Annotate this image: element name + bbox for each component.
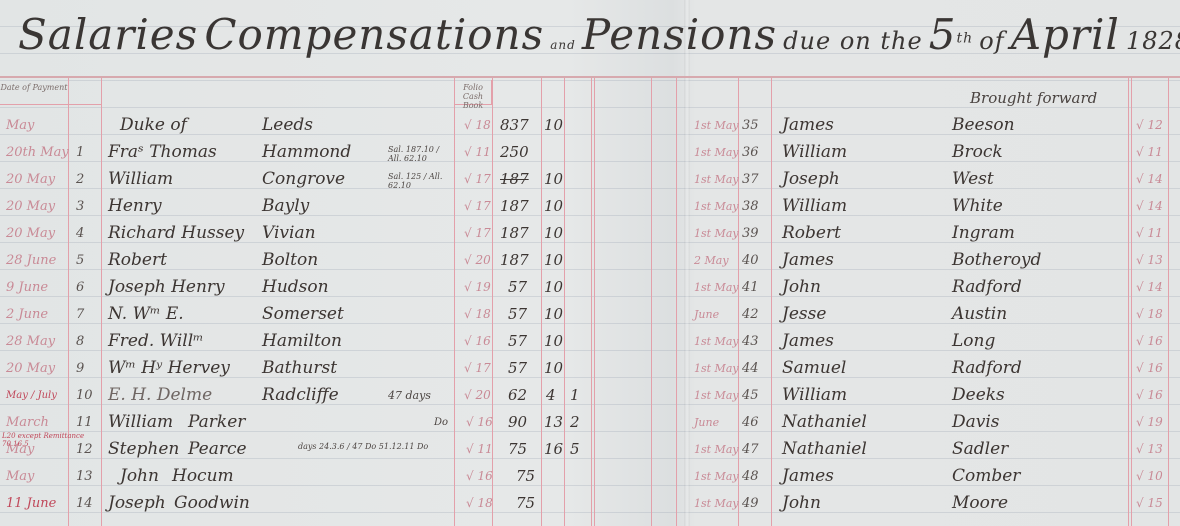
- folio-number: √ 14: [1136, 193, 1163, 220]
- first-name: William: [108, 166, 173, 193]
- entry-row: 20 May 2 William Congrove Sal. 125 / All…: [0, 166, 680, 193]
- amount-pounds: 75: [516, 490, 535, 517]
- entry-row: 28 May 8 Fred. Willᵐ Hamilton √ 16 57 10: [0, 328, 680, 355]
- payment-date: 28 May: [6, 328, 55, 355]
- entry-row: 1st May 45 William Deeks √ 16: [690, 382, 1180, 409]
- entry-row: 9 June 6 Joseph Henry Hudson √ 19 57 10: [0, 274, 680, 301]
- folio-number: √ 11: [1136, 139, 1163, 166]
- folio-number: √ 16: [1136, 382, 1163, 409]
- entry-row: May / July 10 E. H. Delme Radcliffe 47 d…: [0, 382, 680, 409]
- folio-number: √ 16: [464, 328, 491, 355]
- title-day-suffix: th: [957, 31, 974, 47]
- amount-pounds: 57: [508, 274, 527, 301]
- folio-number: √ 14: [1136, 274, 1163, 301]
- surname: Bolton: [262, 247, 318, 274]
- title-and: and: [550, 38, 576, 52]
- title-day: 5: [929, 10, 957, 59]
- payment-date: 9 June: [6, 274, 48, 301]
- folio-number: √ 16: [1136, 355, 1163, 382]
- entry-number: 8: [76, 328, 84, 355]
- payment-date: May: [6, 112, 34, 139]
- first-name: Robert: [108, 247, 167, 274]
- payment-date: May: [6, 463, 34, 490]
- first-name: Joseph: [108, 490, 166, 517]
- surname: Radford: [952, 355, 1022, 382]
- entry-number: 5: [76, 247, 84, 274]
- payment-date: 20th May: [6, 139, 69, 166]
- surname: Brock: [952, 139, 1003, 166]
- amount-shillings: 10: [544, 274, 563, 301]
- folio-number: √ 16: [466, 463, 493, 490]
- folio-number: √ 20: [464, 382, 491, 409]
- entry-number: 48: [742, 463, 759, 490]
- amount-shillings: 10: [544, 247, 563, 274]
- amount-pounds: 187: [500, 193, 529, 220]
- days-note: days 24.3.6 / 47 Do 51.12.11 Do: [298, 442, 458, 451]
- entry-row: 1st May 49 John Moore √ 15: [690, 490, 1180, 517]
- amount-pounds: 90: [508, 409, 527, 436]
- first-name: N. Wᵐ E.: [108, 301, 184, 328]
- payment-date: 20 May: [6, 220, 55, 247]
- entry-row: March 11 William Parker Do √ 16 90 13 2: [0, 409, 680, 436]
- surname: Radford: [952, 274, 1022, 301]
- amount-pounds: 62: [508, 382, 527, 409]
- first-name: Stephen: [108, 436, 179, 463]
- amount-pounds: 837: [500, 112, 529, 139]
- folio-number: √ 18: [466, 490, 493, 517]
- first-name: Nathaniel: [782, 436, 867, 463]
- first-name: John: [120, 463, 159, 490]
- surname: Hammond: [262, 139, 351, 166]
- folio-number: √ 12: [1136, 112, 1163, 139]
- folio-number: √ 13: [1136, 436, 1163, 463]
- payment-date: 1st May: [694, 139, 739, 166]
- entry-number: 47: [742, 436, 759, 463]
- surname: White: [952, 193, 1003, 220]
- first-name: William: [782, 193, 847, 220]
- entry-row: 1st May 41 John Radford √ 14: [690, 274, 1180, 301]
- payment-date: 1st May: [694, 112, 739, 139]
- brought-forward-label: Brought forward: [970, 85, 1097, 112]
- surname: West: [952, 166, 994, 193]
- entry-row: May 12 Stephen Pearce days 24.3.6 / 47 D…: [0, 436, 680, 463]
- entry-row: 1st May 37 Joseph West √ 14: [690, 166, 1180, 193]
- surname: Beeson: [952, 112, 1015, 139]
- folio-number: √ 11: [464, 139, 491, 166]
- folio-number: √ 15: [1136, 490, 1163, 517]
- entry-row: 1st May 36 William Brock √ 11: [690, 139, 1180, 166]
- entry-number: 6: [76, 274, 84, 301]
- payment-date: 28 June: [6, 247, 56, 274]
- entry-row: 11 June 14 Joseph Goodwin √ 18 75: [0, 490, 680, 517]
- entry-number: 49: [742, 490, 759, 517]
- title-salaries: Salaries: [18, 10, 198, 59]
- amount-pounds: 75: [516, 463, 535, 490]
- first-name: Fraˢ Thomas: [108, 139, 217, 166]
- entry-number: 13: [76, 463, 93, 490]
- first-name: William: [782, 139, 847, 166]
- entry-row: May 13 John Hocum √ 16 75: [0, 463, 680, 490]
- first-name: Richard Hussey: [108, 220, 244, 247]
- amount-shillings: 10: [544, 112, 563, 139]
- amount-pounds: 57: [508, 301, 527, 328]
- folio-number: √ 14: [1136, 166, 1163, 193]
- surname: Sadler: [952, 436, 1008, 463]
- first-name: John: [782, 490, 821, 517]
- entry-row: 20th May 1 Fraˢ Thomas Hammond Sal. 187.…: [0, 139, 680, 166]
- entry-number: 36: [742, 139, 759, 166]
- first-name: Duke of: [120, 112, 187, 139]
- entry-number: 10: [76, 382, 93, 409]
- folio-number: √ 19: [1136, 409, 1163, 436]
- entry-number: 35: [742, 112, 759, 139]
- first-name: Nathaniel: [782, 409, 867, 436]
- entry-row: 1st May 43 James Long √ 16: [690, 328, 1180, 355]
- payment-date: 1st May: [694, 355, 739, 382]
- entry-number: 46: [742, 409, 759, 436]
- surname: Hocum: [172, 463, 234, 490]
- entry-row: June 46 Nathaniel Davis √ 19: [690, 409, 1180, 436]
- payment-date: June: [694, 301, 719, 328]
- entry-number: 37: [742, 166, 759, 193]
- surname: Deeks: [952, 382, 1005, 409]
- folio-number: √ 16: [1136, 328, 1163, 355]
- entry-row: 1st May 47 Nathaniel Sadler √ 13: [690, 436, 1180, 463]
- amount-pounds: 250: [500, 139, 529, 166]
- surname: Somerset: [262, 301, 344, 328]
- surname: Botheroyd: [952, 247, 1041, 274]
- surname: Parker: [188, 409, 245, 436]
- entry-number: 1: [76, 139, 84, 166]
- folio-number: √ 20: [464, 247, 491, 274]
- folio-number: √ 17: [464, 166, 491, 193]
- first-name: James: [782, 328, 834, 355]
- margin-red-note: L20 except Remittance 70.16.5: [2, 432, 102, 448]
- entry-number: 9: [76, 355, 84, 382]
- first-name: E. H. Delme: [108, 382, 212, 409]
- first-name: Joseph Henry: [108, 274, 225, 301]
- payment-date: 2 May: [694, 247, 729, 274]
- amount-shillings: 10: [544, 166, 563, 193]
- entry-number: 4: [76, 220, 84, 247]
- surname: Hudson: [262, 274, 329, 301]
- surname: Moore: [952, 490, 1008, 517]
- payment-date: 1st May: [694, 166, 739, 193]
- payment-date: 1st May: [694, 328, 739, 355]
- surname: Leeds: [262, 112, 313, 139]
- ditto-note: Do: [434, 409, 448, 436]
- salary-allowance-note: Sal. 125 / All. 62.10: [388, 172, 454, 190]
- amount-pounds: 57: [508, 328, 527, 355]
- amount-shillings: 10: [544, 301, 563, 328]
- payment-date: 20 May: [6, 355, 55, 382]
- payment-date: June: [694, 409, 719, 436]
- entry-row: May Duke of Leeds √ 18 837 10: [0, 112, 680, 139]
- first-name: Robert: [782, 220, 841, 247]
- first-name: James: [782, 247, 834, 274]
- brought-forward-row: Brought forward: [970, 85, 1170, 112]
- amount-shillings: 4: [546, 382, 556, 409]
- amount-shillings: 13: [544, 409, 563, 436]
- first-name: William: [782, 382, 847, 409]
- amount-pounds: 187: [500, 247, 529, 274]
- entry-row: 1st May 39 Robert Ingram √ 11: [690, 220, 1180, 247]
- entry-row: 2 May 40 James Botheroyd √ 13: [690, 247, 1180, 274]
- payment-date: 1st May: [694, 193, 739, 220]
- surname: Pearce: [188, 436, 247, 463]
- title-pensions: Pensions: [582, 10, 777, 59]
- days-note: 47 days: [388, 382, 431, 409]
- surname: Radcliffe: [262, 382, 339, 409]
- amount-pence: 5: [570, 436, 580, 463]
- first-name: Joseph: [782, 166, 840, 193]
- folio-number: √ 13: [1136, 247, 1163, 274]
- amount-shillings: 10: [544, 220, 563, 247]
- title-due-on-the: due on the: [783, 27, 923, 55]
- amount-shillings: 16: [544, 436, 563, 463]
- payment-date: 20 May: [6, 193, 55, 220]
- surname: Long: [952, 328, 995, 355]
- amount-pence: 1: [570, 382, 580, 409]
- entry-row: June 42 Jesse Austin √ 18: [690, 301, 1180, 328]
- first-name: Fred. Willᵐ: [108, 328, 204, 355]
- entry-number: 42: [742, 301, 759, 328]
- entry-number: 7: [76, 301, 84, 328]
- entry-row: 1st May 35 James Beeson √ 12: [690, 112, 1180, 139]
- title-compensations: Compensations: [204, 10, 544, 59]
- payment-date: 20 May: [6, 166, 55, 193]
- amount-pounds: 187: [500, 220, 529, 247]
- surname: Bathurst: [262, 355, 337, 382]
- folio-number: √ 10: [1136, 463, 1163, 490]
- payment-date: 1st May: [694, 436, 739, 463]
- entry-number: 43: [742, 328, 759, 355]
- payment-date: 1st May: [694, 463, 739, 490]
- folio-number: √ 18: [464, 301, 491, 328]
- first-name: Wᵐ Hʸ Hervey: [108, 355, 230, 382]
- entry-number: 39: [742, 220, 759, 247]
- entry-row: 1st May 48 James Comber √ 10: [690, 463, 1180, 490]
- folio-number: √ 17: [464, 355, 491, 382]
- folio-number: √ 18: [1136, 301, 1163, 328]
- first-name: James: [782, 112, 834, 139]
- first-name: Samuel: [782, 355, 846, 382]
- title-month: April: [1011, 10, 1120, 59]
- page-title: Salaries Compensations and Pensions due …: [18, 10, 1180, 59]
- entry-number: 38: [742, 193, 759, 220]
- folio-number: √ 17: [464, 220, 491, 247]
- surname: Goodwin: [174, 490, 250, 517]
- title-band: Salaries Compensations and Pensions due …: [0, 0, 1180, 78]
- payment-date: May / July: [6, 382, 57, 409]
- surname: Ingram: [952, 220, 1015, 247]
- entry-number: 3: [76, 193, 84, 220]
- entry-number: 45: [742, 382, 759, 409]
- folio-number: √ 17: [464, 193, 491, 220]
- entry-number: 44: [742, 355, 759, 382]
- surname: Hamilton: [262, 328, 342, 355]
- surname: Bayly: [262, 193, 309, 220]
- folio-number: √ 18: [464, 112, 491, 139]
- entry-row: 2 June 7 N. Wᵐ E. Somerset √ 18 57 10: [0, 301, 680, 328]
- entry-number: 14: [76, 490, 93, 517]
- folio-number: √ 19: [464, 274, 491, 301]
- folio-number: √ 16: [466, 409, 493, 436]
- entry-row: 20 May 9 Wᵐ Hʸ Hervey Bathurst √ 17 57 1…: [0, 355, 680, 382]
- first-name: Jesse: [782, 301, 826, 328]
- amount-shillings: 10: [544, 328, 563, 355]
- payment-date: 1st May: [694, 274, 739, 301]
- ledger-page: Salaries Compensations and Pensions due …: [0, 0, 1180, 526]
- amount-pounds: 187: [500, 166, 529, 193]
- amount-shillings: 10: [544, 355, 563, 382]
- first-name: James: [782, 463, 834, 490]
- payment-date: 1st May: [694, 220, 739, 247]
- surname: Davis: [952, 409, 1000, 436]
- entry-number: 41: [742, 274, 759, 301]
- salary-allowance-note: Sal. 187.10 / All. 62.10: [388, 145, 454, 163]
- entry-row: 20 May 4 Richard Hussey Vivian √ 17 187 …: [0, 220, 680, 247]
- entry-row: 1st May 44 Samuel Radford √ 16: [690, 355, 1180, 382]
- payment-date: 1st May: [694, 382, 739, 409]
- surname: Austin: [952, 301, 1007, 328]
- surname: Vivian: [262, 220, 316, 247]
- folio-number: √ 11: [466, 436, 493, 463]
- folio-cash-book-header: Folio Cash Book: [455, 83, 491, 110]
- entry-row: 1st May 38 William White √ 14: [690, 193, 1180, 220]
- payment-date: 11 June: [6, 490, 56, 517]
- title-year: 1828.: [1126, 27, 1180, 55]
- surname: Congrove: [262, 166, 345, 193]
- entry-number: 40: [742, 247, 759, 274]
- folio-number: √ 11: [1136, 220, 1163, 247]
- date-of-payment-header: Date of Payment: [0, 83, 68, 92]
- entry-row: 20 May 3 Henry Bayly √ 17 187 10: [0, 193, 680, 220]
- amount-pounds: 57: [508, 355, 527, 382]
- first-name: Henry: [108, 193, 162, 220]
- amount-pounds: 75: [508, 436, 527, 463]
- first-name: William: [108, 409, 173, 436]
- payment-date: 2 June: [6, 301, 48, 328]
- entry-row: 28 June 5 Robert Bolton √ 20 187 10: [0, 247, 680, 274]
- amount-pence: 2: [570, 409, 580, 436]
- surname: Comber: [952, 463, 1020, 490]
- amount-shillings: 10: [544, 193, 563, 220]
- payment-date: 1st May: [694, 490, 739, 517]
- entry-number: 2: [76, 166, 84, 193]
- title-of: of: [979, 27, 1004, 55]
- first-name: John: [782, 274, 821, 301]
